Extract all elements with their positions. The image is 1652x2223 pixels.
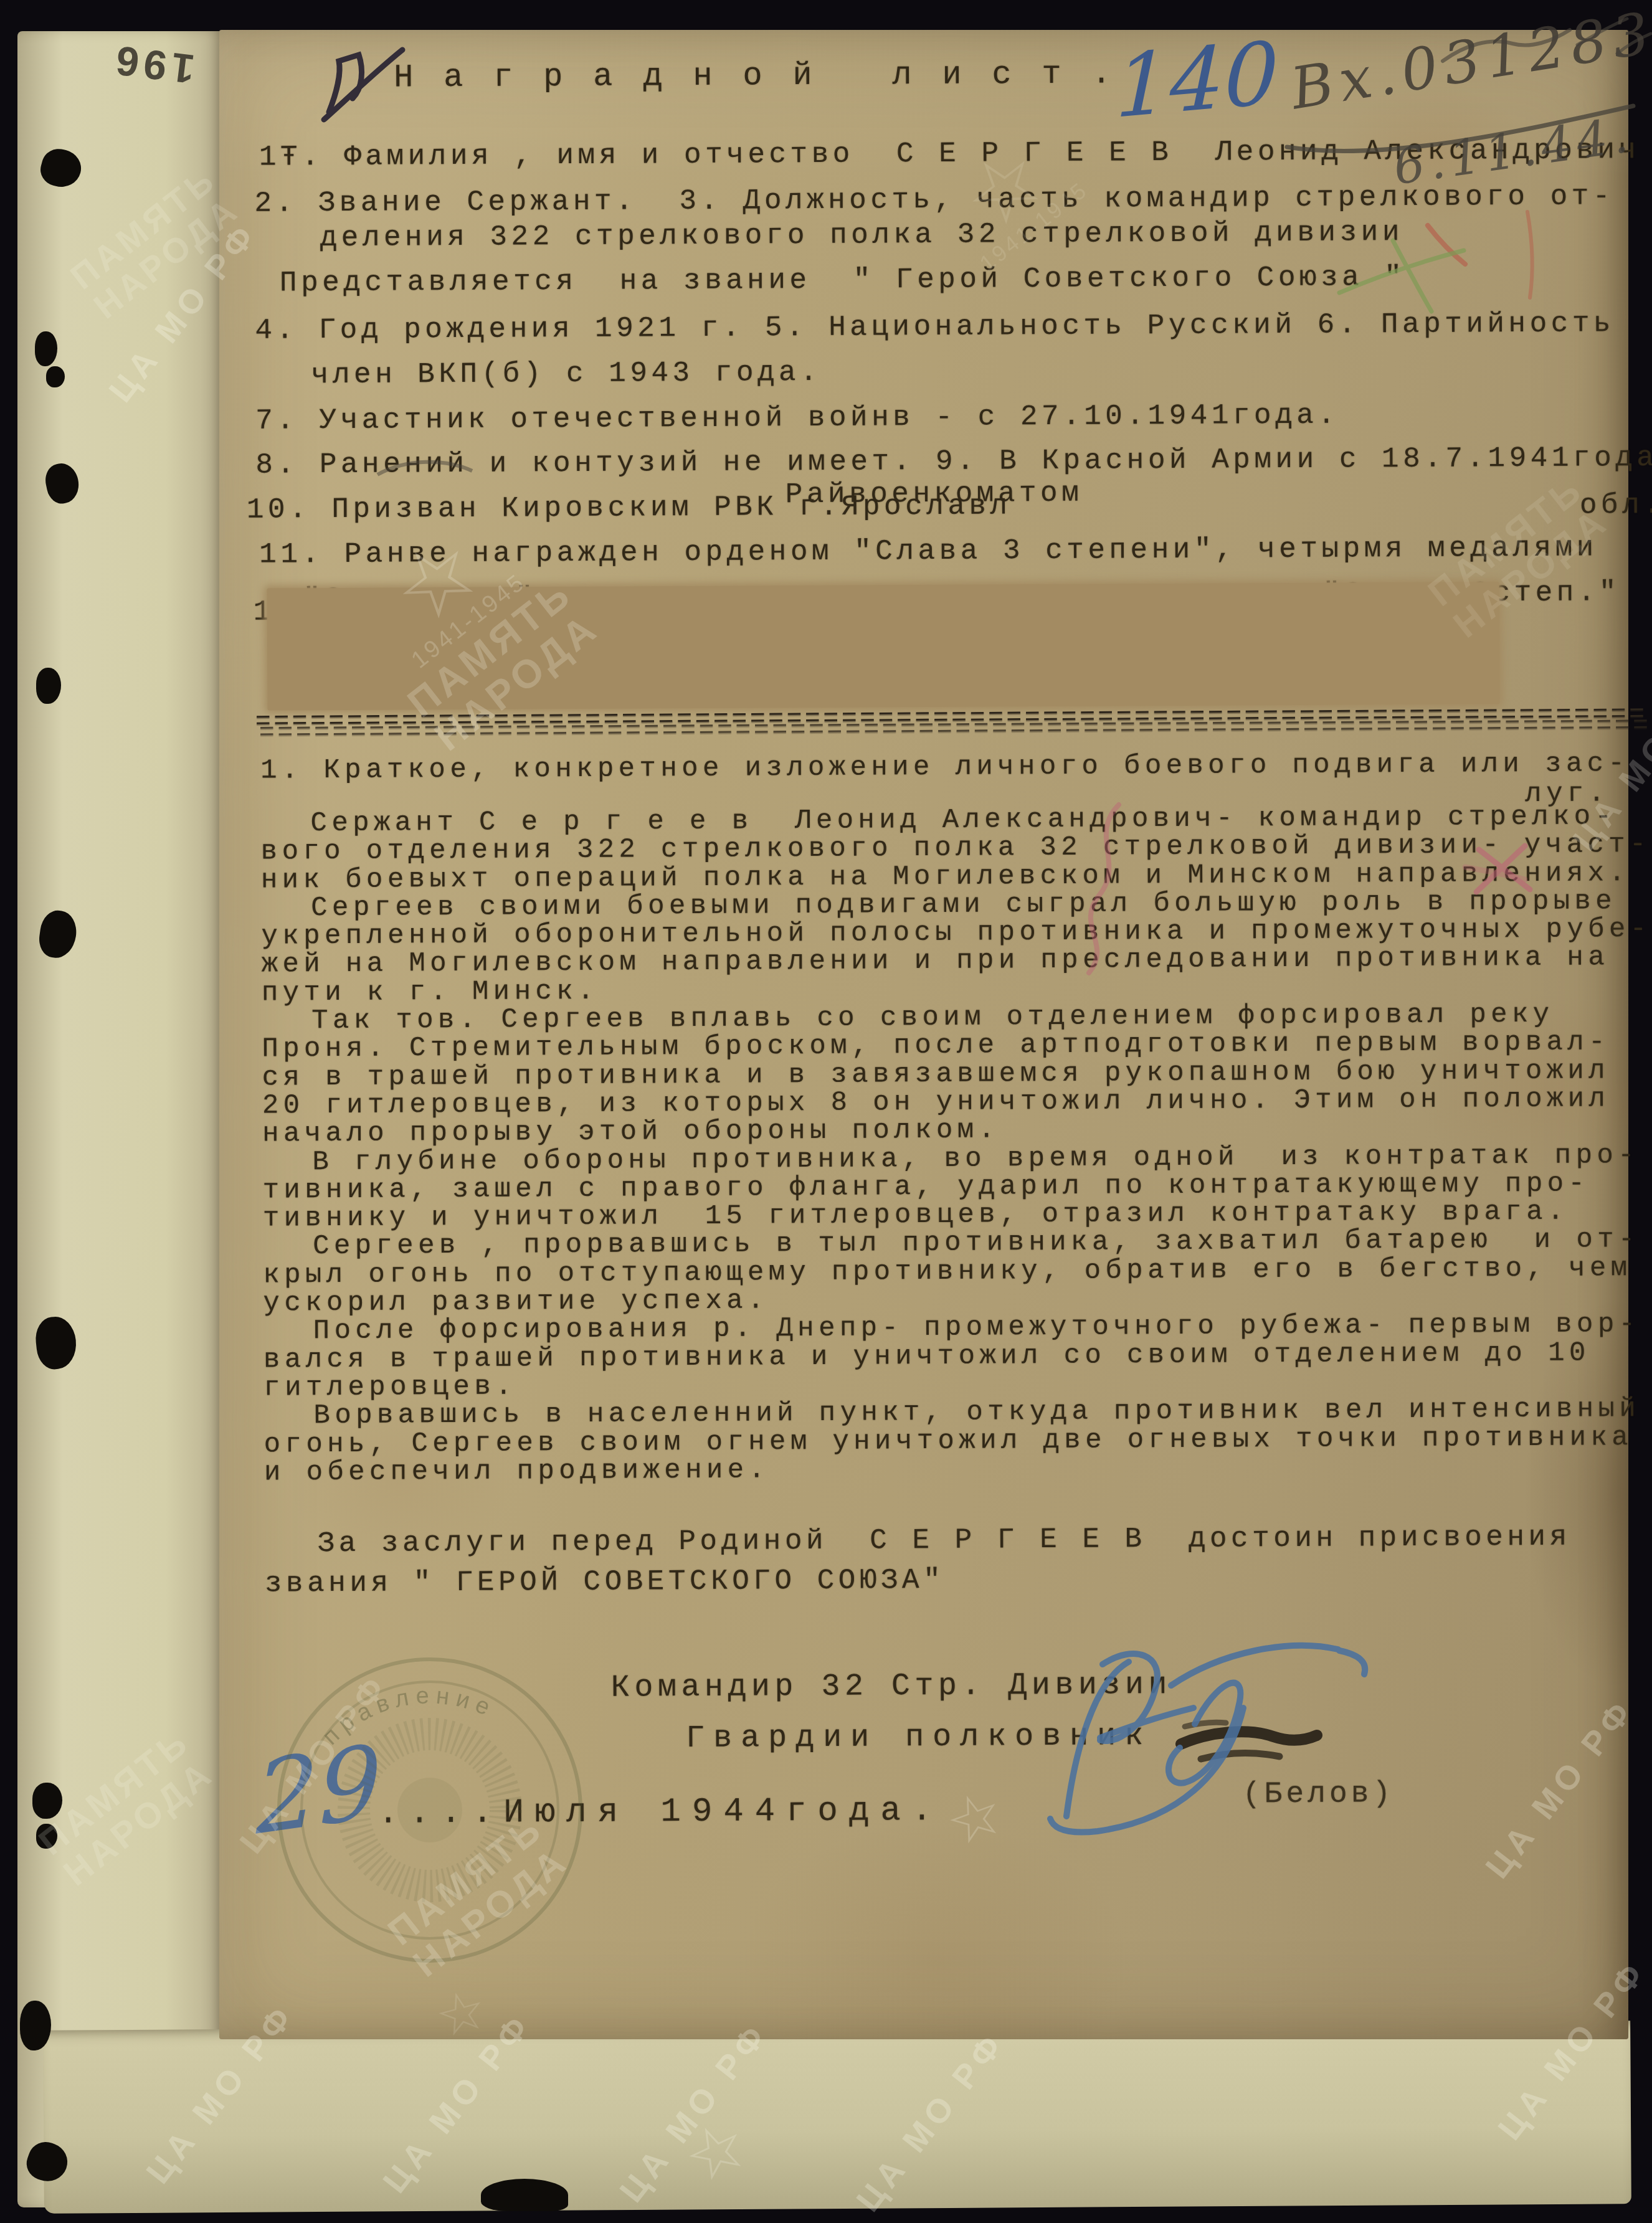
pencil-check-mark [324, 50, 402, 120]
red-pencil-x-mark [1465, 846, 1530, 892]
annotations-overlay: правление [0, 0, 1652, 2223]
green-pencil-mark [1339, 240, 1464, 311]
pencil-flourish-item10 [377, 462, 472, 475]
scanned-award-document: { "colors": { "paper": "#b3a177", "paper… [0, 0, 1652, 2223]
red-pencil-scribble [1089, 805, 1119, 973]
incoming-number-underline [1287, 106, 1633, 151]
pencil-scribbles-top-right [1443, 19, 1651, 61]
official-stamp: правление [279, 1659, 581, 1961]
ink-smudge-strikeout [1181, 1722, 1317, 1759]
